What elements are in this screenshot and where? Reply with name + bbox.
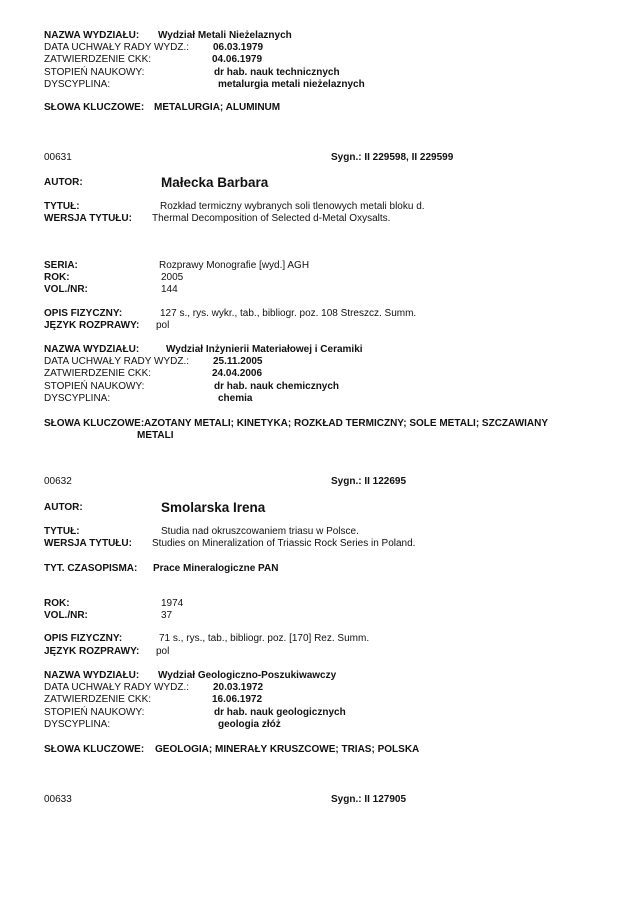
discipline-label: DYSCYPLINA: (44, 393, 110, 405)
title-label: TYTUŁ: (44, 526, 80, 538)
council-date-value: 20.03.1972 (213, 682, 263, 694)
council-date-value: 25.11.2005 (213, 356, 263, 368)
vol-label: VOL./NR: (44, 610, 88, 622)
degree-label: STOPIEŃ NAUKOWY: (44, 67, 144, 79)
author-name: Małecka Barbara (161, 175, 268, 190)
title-version-value: Thermal Decomposition of Selected d-Meta… (152, 213, 390, 225)
keywords-label: SŁOWA KLUCZOWE: (44, 102, 144, 114)
year-label: ROK: (44, 272, 70, 284)
faculty-value: Wydział Inżynierii Materiałowej i Cerami… (166, 344, 363, 356)
record-id: 00633 (44, 794, 72, 806)
author-label: AUTOR: (44, 502, 83, 514)
keywords-value: GEOLOGIA; MINERAŁY KRUSZCOWE; TRIAS; POL… (155, 744, 419, 756)
keywords-label: SŁOWA KLUCZOWE: (44, 418, 144, 430)
title-version-value: Studies on Mineralization of Triassic Ro… (152, 538, 415, 550)
ckk-value: 16.06.1972 (212, 694, 262, 706)
degree-value: dr hab. nauk technicznych (214, 67, 340, 79)
language-value: pol (156, 646, 169, 658)
keywords-value-line2: METALI (137, 430, 173, 442)
keywords-label: SŁOWA KLUCZOWE: (44, 744, 144, 756)
council-date-value: 06.03.1979 (213, 42, 263, 54)
year-value: 1974 (161, 598, 183, 610)
discipline-label: DYSCYPLINA: (44, 79, 110, 91)
journal-label: TYT. CZASOPISMA: (44, 563, 137, 575)
author-label: AUTOR: (44, 177, 83, 189)
year-label: ROK: (44, 598, 70, 610)
physical-value: 71 s., rys., tab., bibliogr. poz. [170] … (159, 633, 369, 645)
ckk-label: ZATWIERDZENIE CKK: (44, 54, 151, 66)
faculty-value: Wydział Metali Nieżelaznych (158, 30, 292, 42)
physical-value: 127 s., rys. wykr., tab., bibliogr. poz.… (160, 308, 416, 320)
title-value: Rozkład termiczny wybranych soli tlenowy… (160, 201, 425, 213)
title-value: Studia nad okruszcowaniem triasu w Polsc… (161, 526, 359, 538)
physical-label: OPIS FIZYCZNY: (44, 633, 122, 645)
keywords-value: METALURGIA; ALUMINUM (154, 102, 280, 114)
keywords-value-line1: AZOTANY METALI; KINETYKA; ROZKŁAD TERMIC… (144, 418, 548, 430)
ckk-value: 24.04.2006 (212, 368, 262, 380)
degree-value: dr hab. nauk geologicznych (214, 707, 346, 719)
vol-value: 144 (161, 284, 178, 296)
vol-value: 37 (161, 610, 172, 622)
ckk-label: ZATWIERDZENIE CKK: (44, 694, 151, 706)
ckk-value: 04.06.1979 (212, 54, 262, 66)
title-version-label: WERSJA TYTUŁU: (44, 213, 132, 225)
council-date-label: DATA UCHWAŁY RADY WYDZ.: (44, 42, 189, 54)
series-value: Rozprawy Monografie [wyd.] AGH (159, 260, 309, 272)
ckk-label: ZATWIERDZENIE CKK: (44, 368, 151, 380)
degree-value: dr hab. nauk chemicznych (214, 381, 339, 393)
vol-label: VOL./NR: (44, 284, 88, 296)
discipline-value: geologia złóż (218, 719, 281, 731)
physical-label: OPIS FIZYCZNY: (44, 308, 122, 320)
degree-label: STOPIEŃ NAUKOWY: (44, 707, 144, 719)
signature: Sygn.: II 127905 (331, 794, 406, 806)
degree-label: STOPIEŃ NAUKOWY: (44, 381, 144, 393)
language-label: JĘZYK ROZPRAWY: (44, 320, 139, 332)
discipline-label: DYSCYPLINA: (44, 719, 110, 731)
faculty-value: Wydział Geologiczno-Poszukiwawczy (158, 670, 336, 682)
signature: Sygn.: II 229598, II 229599 (331, 152, 453, 164)
council-date-label: DATA UCHWAŁY RADY WYDZ.: (44, 356, 189, 368)
discipline-value: chemia (218, 393, 252, 405)
journal-value: Prace Mineralogiczne PAN (153, 563, 278, 575)
language-value: pol (156, 320, 169, 332)
faculty-label: NAZWA WYDZIAŁU: (44, 344, 139, 356)
faculty-label: NAZWA WYDZIAŁU: (44, 30, 139, 42)
language-label: JĘZYK ROZPRAWY: (44, 646, 139, 658)
discipline-value: metalurgia metali nieżelaznych (218, 79, 365, 91)
council-date-label: DATA UCHWAŁY RADY WYDZ.: (44, 682, 189, 694)
year-value: 2005 (161, 272, 183, 284)
signature: Sygn.: II 122695 (331, 476, 406, 488)
title-version-label: WERSJA TYTUŁU: (44, 538, 132, 550)
record-id: 00631 (44, 152, 72, 164)
faculty-label: NAZWA WYDZIAŁU: (44, 670, 139, 682)
series-label: SERIA: (44, 260, 78, 272)
author-name: Smolarska Irena (161, 500, 265, 515)
record-id: 00632 (44, 476, 72, 488)
title-label: TYTUŁ: (44, 201, 80, 213)
